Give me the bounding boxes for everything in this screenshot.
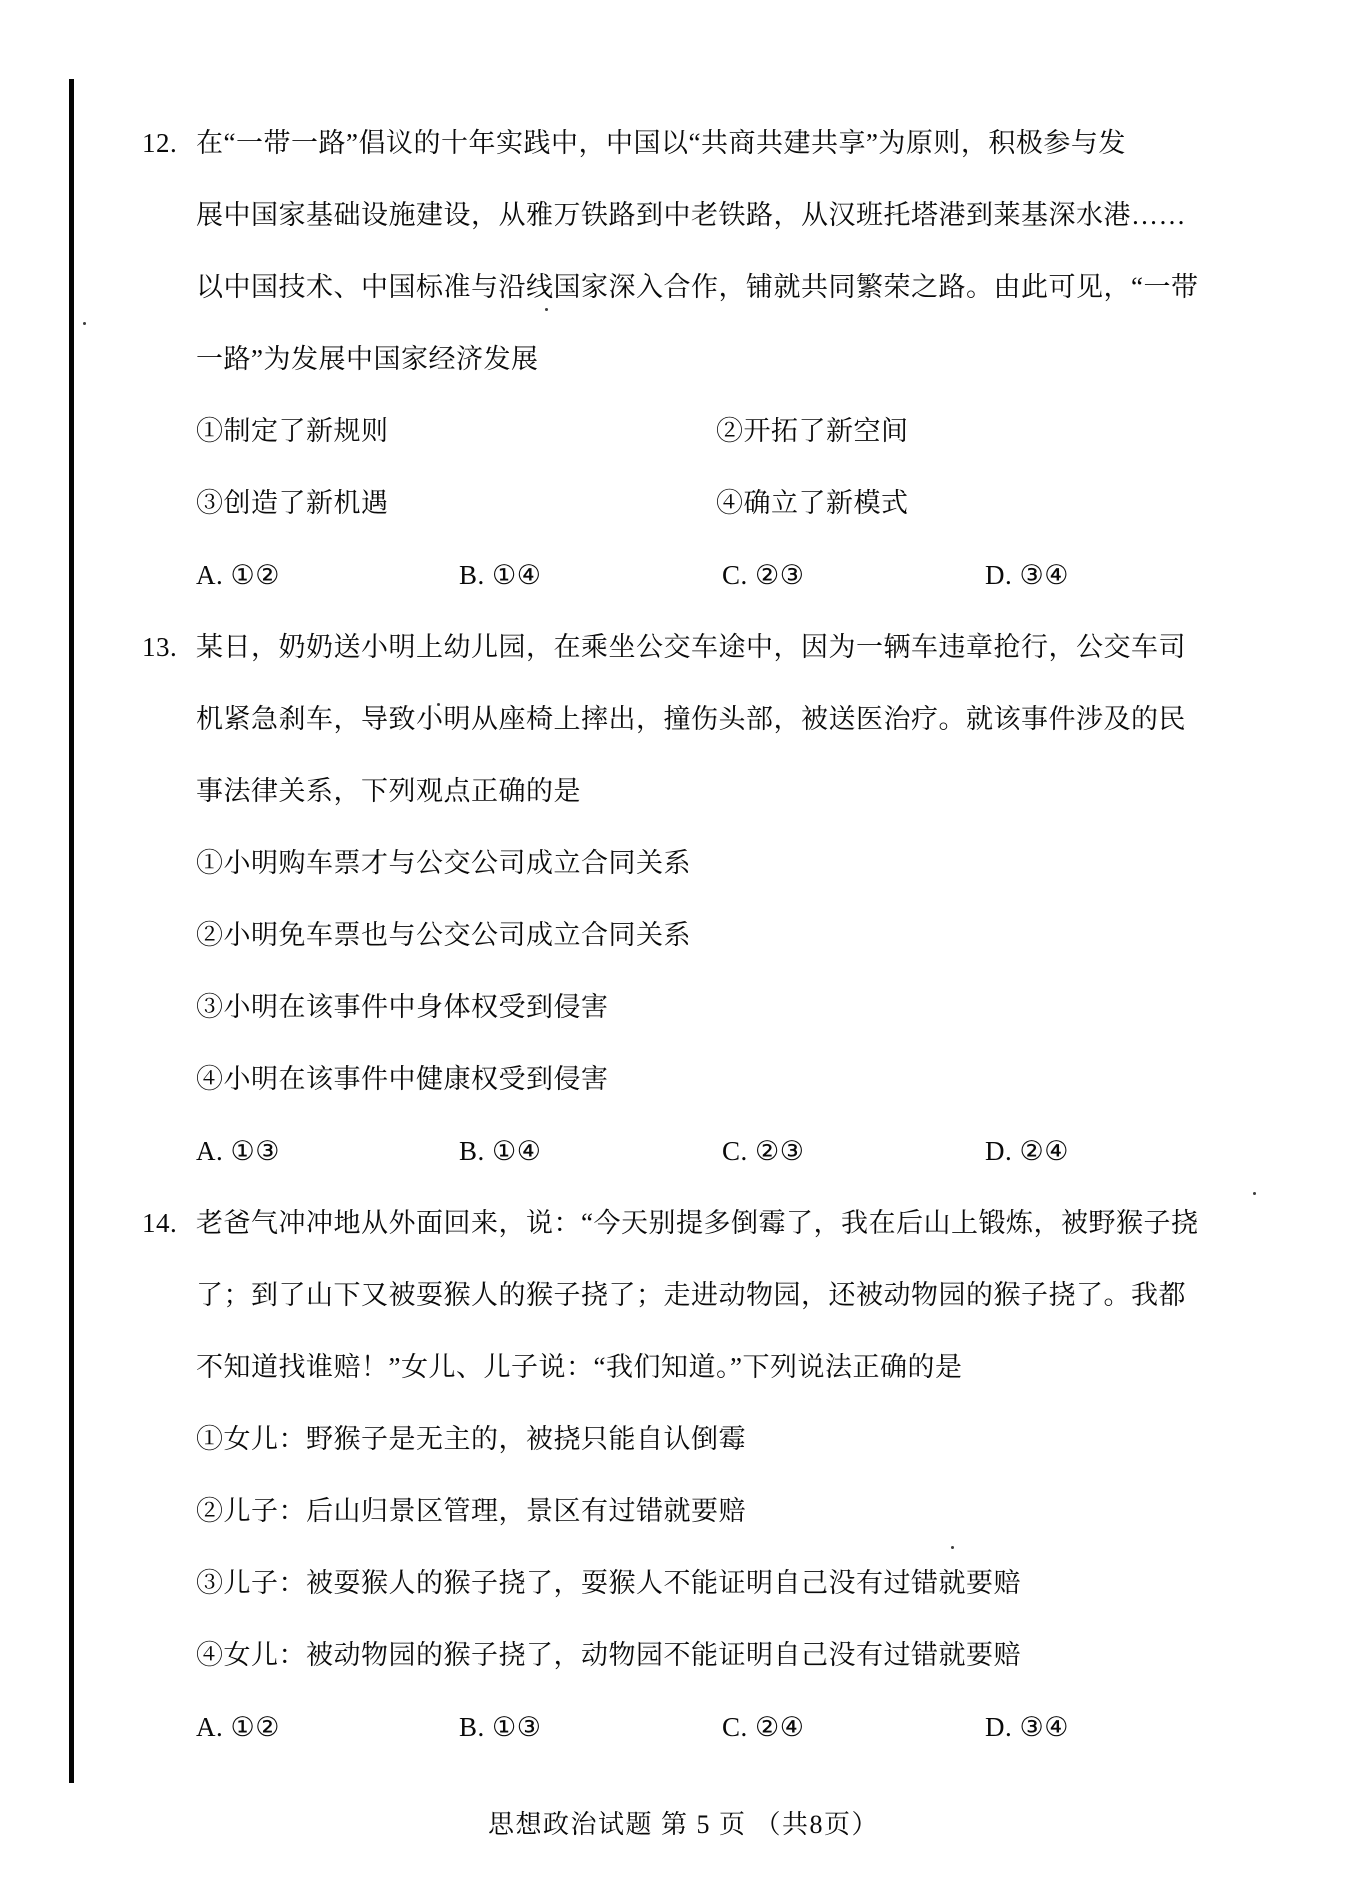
choice-c: C. ②④ [722,1691,985,1763]
option-1: ①小明购车票才与公交公司成立合同关系 [142,827,1172,899]
stem-line: 以中国技术、中国标准与沿线国家深入合作，铺就共同繁荣之路。由此可见，“一带 [142,251,1172,323]
question-13: 13.某日，奶奶送小明上幼儿园，在乘坐公交车途中，因为一辆车违章抢行，公交车司 … [142,611,1172,1187]
stem-line: 13.某日，奶奶送小明上幼儿园，在乘坐公交车途中，因为一辆车违章抢行，公交车司 [142,611,1172,683]
page-footer: 思想政治试题 第 5 页 （共8页） [0,1799,1367,1851]
choice-c: C. ②③ [722,539,985,611]
stem-line: 展中国家基础设施建设，从雅万铁路到中老铁路，从汉班托塔港到莱基深水港…… [142,179,1172,251]
answer-row: A. ①② B. ①③ C. ②④ D. ③④ [142,1691,1172,1763]
option-3: ③小明在该事件中身体权受到侵害 [142,971,1172,1043]
question-12: 12.在“一带一路”倡议的十年实践中，中国以“共商共建共享”为原则，积极参与发 … [142,107,1172,611]
choice-a: A. ①② [196,539,459,611]
stem-line: 事法律关系，下列观点正确的是 [142,755,1172,827]
scan-speck [83,322,86,325]
option-3: ③儿子：被耍猴人的猴子挠了，耍猴人不能证明自己没有过错就要赔 [142,1547,1172,1619]
question-14: 14.老爸气冲冲地从外面回来，说：“今天别提多倒霉了，我在后山上锻炼，被野猴子挠… [142,1187,1172,1763]
scanned-exam-page: 12.在“一带一路”倡议的十年实践中，中国以“共商共建共享”为原则，积极参与发 … [0,0,1367,1879]
stem-line: 12.在“一带一路”倡议的十年实践中，中国以“共商共建共享”为原则，积极参与发 [142,107,1172,179]
option-2: ②儿子：后山归景区管理，景区有过错就要赔 [142,1475,1172,1547]
option-row: ③创造了新机遇④确立了新模式 [142,467,1172,539]
option-row: ①制定了新规则②开拓了新空间 [142,395,1172,467]
stem-text: 老爸气冲冲地从外面回来，说：“今天别提多倒霉了，我在后山上锻炼，被野猴子挠 [196,1208,1198,1238]
question-number: 12. [142,107,196,179]
stem-text: 某日，奶奶送小明上幼儿园，在乘坐公交车途中，因为一辆车违章抢行，公交车司 [196,632,1186,662]
question-number: 13. [142,611,196,683]
stem-text: 在“一带一路”倡议的十年实践中，中国以“共商共建共享”为原则，积极参与发 [196,128,1126,158]
stem-line: 机紧急刹车，导致小明从座椅上摔出，撞伤头部，被送医治疗。就该事件涉及的民 [142,683,1172,755]
option-1: ①女儿：野猴子是无主的，被挠只能自认倒霉 [142,1403,1172,1475]
stem-line: 一路”为发展中国家经济发展 [142,323,1172,395]
choice-b: B. ①④ [459,1115,722,1187]
choice-b: B. ①④ [459,539,722,611]
answer-row: A. ①② B. ①④ C. ②③ D. ③④ [142,539,1172,611]
option-1: ①制定了新规则 [196,395,716,467]
choice-a: A. ①② [196,1691,459,1763]
choice-d: D. ③④ [985,539,1069,611]
stem-line: 不知道找谁赔！”女儿、儿子说：“我们知道。”下列说法正确的是 [142,1331,1172,1403]
questions-area: 12.在“一带一路”倡议的十年实践中，中国以“共商共建共享”为原则，积极参与发 … [142,107,1172,1763]
option-3: ③创造了新机遇 [196,467,716,539]
choice-d: D. ③④ [985,1691,1069,1763]
choice-a: A. ①③ [196,1115,459,1187]
answer-row: A. ①③ B. ①④ C. ②③ D. ②④ [142,1115,1172,1187]
option-2: ②小明免车票也与公交公司成立合同关系 [142,899,1172,971]
choice-c: C. ②③ [722,1115,985,1187]
choice-b: B. ①③ [459,1691,722,1763]
footer-text: 思想政治试题 第 5 页 （共8页） [488,1810,879,1839]
left-margin-line [69,79,74,1783]
stem-line: 了；到了山下又被耍猴人的猴子挠了；走进动物园，还被动物园的猴子挠了。我都 [142,1259,1172,1331]
option-4: ④小明在该事件中健康权受到侵害 [142,1043,1172,1115]
scan-speck [1253,1192,1256,1195]
option-2: ②开拓了新空间 [716,416,909,446]
question-number: 14. [142,1187,196,1259]
stem-line: 14.老爸气冲冲地从外面回来，说：“今天别提多倒霉了，我在后山上锻炼，被野猴子挠 [142,1187,1172,1259]
option-4: ④女儿：被动物园的猴子挠了，动物园不能证明自己没有过错就要赔 [142,1619,1172,1691]
choice-d: D. ②④ [985,1115,1069,1187]
option-4: ④确立了新模式 [716,488,909,518]
